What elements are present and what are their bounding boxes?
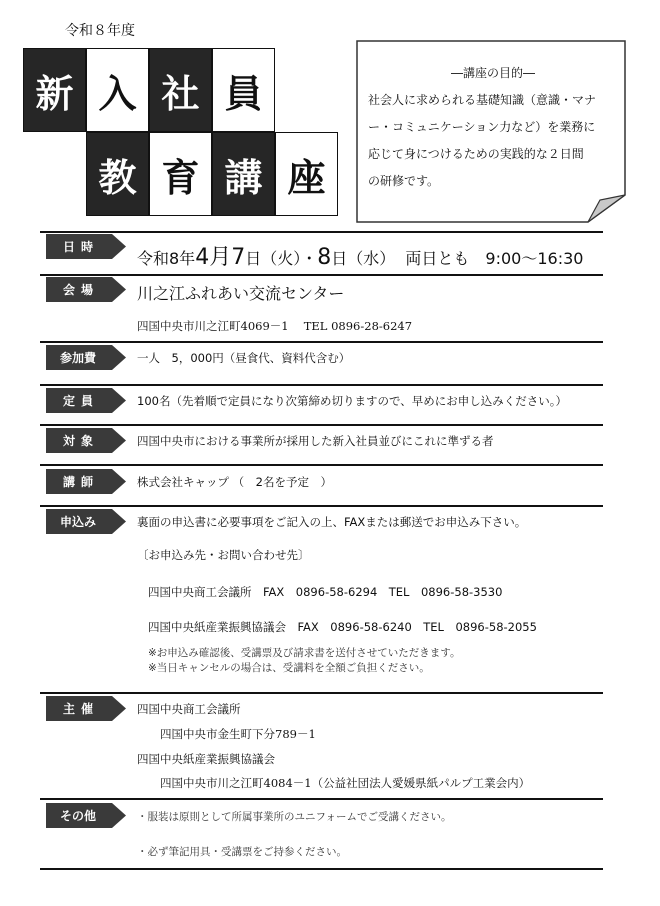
- title-char: 育: [149, 132, 212, 216]
- divider: [40, 798, 603, 800]
- application-note: ※お申込み確認後、受講票及び請求書を送付させていただきます。: [148, 645, 460, 660]
- purpose-note: ―講座の目的― 社会人に求められる基礎知識（意識・マナ ー・コミュニケーション力…: [356, 40, 626, 223]
- contact-line: 四国中央商工会議所 FAX 0896-58-6294 TEL 0896-58-3…: [148, 584, 502, 600]
- fee-text: 一人 5，000円（昼食代、資料代含む）: [137, 350, 350, 366]
- label-instructor: 講師: [46, 469, 126, 494]
- target-text: 四国中央市における事業所が採用した新入社員並びにこれに準ずる者: [137, 433, 494, 449]
- label-capacity: 定員: [46, 388, 126, 413]
- label-target: 対象: [46, 428, 126, 453]
- purpose-line: ー・コミュニケーション力など）を業務に: [368, 114, 618, 141]
- event-date: 令和8年4月7日（火）・8日（水） 両日とも 9:00〜16:30: [137, 240, 583, 271]
- instructor-text: 株式会社キャップ （ 2名を予定 ）: [137, 474, 332, 490]
- divider: [40, 231, 603, 233]
- flyer-page: 令和８年度 新 入 社 員 教 育 講 座 ―講座の目的― 社会人に求められる基…: [0, 0, 660, 906]
- label-application: 申込み: [46, 509, 126, 534]
- venue-name: 川之江ふれあい交流センター: [137, 281, 344, 304]
- label-venue: 会場: [46, 277, 126, 302]
- purpose-line: 応じて身につけるための実践的な２日間: [368, 141, 618, 168]
- venue-address: 四国中央市川之江町4069－1 TEL 0896-28-6247: [137, 318, 412, 334]
- divider: [40, 868, 603, 870]
- divider: [40, 464, 603, 466]
- other-item: ・服装は原則として所属事業所のユニフォームでご受講ください。: [137, 809, 451, 824]
- organizer-address: 四国中央市川之江町4084－1（公益社団法人愛媛県紙パルプ工業会内）: [160, 775, 530, 791]
- label-other: その他: [46, 803, 126, 828]
- purpose-heading: ―講座の目的―: [368, 60, 618, 87]
- divider: [40, 505, 603, 507]
- title-char: 座: [275, 132, 338, 216]
- title-char: 教: [86, 132, 149, 216]
- title-char: 講: [212, 132, 275, 216]
- purpose-line: 社会人に求められる基礎知識（意識・マナ: [368, 87, 618, 114]
- divider: [40, 384, 603, 386]
- title-char: 員: [212, 48, 275, 132]
- divider: [40, 274, 603, 276]
- divider: [40, 692, 603, 694]
- label-organizer: 主催: [46, 696, 126, 721]
- application-note: ※当日キャンセルの場合は、受講料を全額ご負担ください。: [148, 660, 430, 675]
- contact-heading: 〔お申込み先・お問い合わせ先〕: [137, 547, 310, 563]
- contact-line: 四国中央紙産業振興協議会 FAX 0896-58-6240 TEL 0896-5…: [148, 619, 537, 635]
- title-char: 社: [149, 48, 212, 132]
- application-text: 裏面の申込書に必要事項をご記入の上、FAXまたは郵送でお申込み下さい。: [137, 514, 526, 530]
- label-fee: 参加費: [46, 345, 126, 370]
- fiscal-year: 令和８年度: [65, 20, 135, 40]
- other-item: ・必ず筆記用具・受講票をご持参ください。: [137, 844, 347, 859]
- label-datetime: 日時: [46, 234, 126, 259]
- divider: [40, 424, 603, 426]
- purpose-line: の研修です。: [368, 168, 618, 195]
- title-char: 新: [23, 48, 86, 132]
- organizer-name: 四国中央商工会議所: [137, 701, 241, 717]
- title-char: 入: [86, 48, 149, 132]
- divider: [40, 341, 603, 343]
- organizer-name: 四国中央紙産業振興協議会: [137, 751, 275, 767]
- organizer-address: 四国中央市金生町下分789－1: [160, 726, 316, 742]
- capacity-text: 100名（先着順で定員になり次第締め切りますので、早めにお申し込みください。）: [137, 393, 567, 409]
